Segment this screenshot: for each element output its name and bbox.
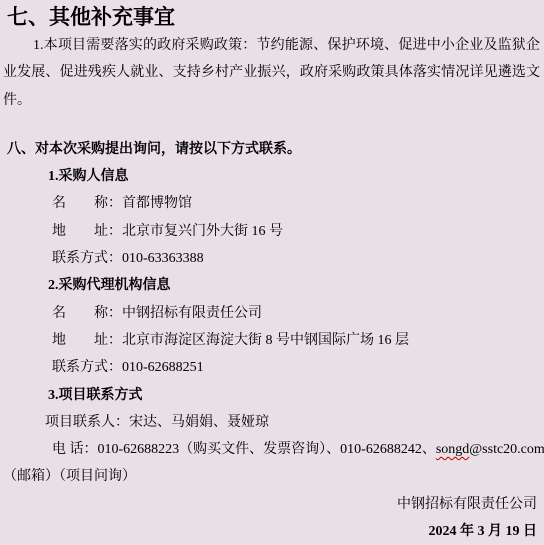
project-contact-persons-label: 项目联系人：: [45, 415, 129, 430]
agency-address-row: 地 址：北京市海淀区海淀大街 8 号中钢国际广场 16 层: [52, 327, 540, 354]
purchaser-contact-label: 联系方式：: [52, 251, 122, 266]
document-page: 七、其他补充事宜 1.本项目需要落实的政府采购政策：节约能源、保护环境、促进中小…: [0, 0, 544, 545]
purchaser-contact-value: 010-63363388: [122, 251, 204, 266]
project-phone-row: 电 话：010-62688223（购买文件、发票咨询）、010-62688242…: [3, 436, 540, 463]
agency-address-label: 地 址：: [52, 333, 122, 348]
signature-company: 中钢招标有限责任公司: [3, 491, 537, 518]
agency-name-value: 中钢招标有限责任公司: [122, 306, 262, 321]
project-contact-heading: 3.项目联系方式: [48, 382, 540, 409]
project-phone-label: 电 话：: [52, 442, 98, 457]
agency-name-label: 名 称：: [52, 306, 122, 321]
project-email-domain: @sstc20.com: [469, 442, 544, 457]
project-contact-persons-value: 宋达、马娟娟、聂娅琼: [129, 415, 269, 430]
agency-name-row: 名 称：中钢招标有限责任公司: [52, 300, 540, 327]
project-phone-continuation: （邮箱）（项目问询）: [3, 463, 540, 490]
agency-contact-value: 010-62688251: [122, 360, 204, 375]
project-contact-persons-row: 项目联系人：宋达、马娟娟、聂娅琼: [45, 409, 540, 436]
purchaser-name-label: 名 称：: [52, 196, 122, 211]
project-phone-numbers: 010-62688223（购买文件、发票咨询）、010-62688242、: [98, 442, 436, 457]
agency-info-heading: 2.采购代理机构信息: [48, 272, 540, 299]
purchaser-contact-row: 联系方式：010-63363388: [52, 245, 540, 272]
section8-heading: 八、对本次采购提出询问，请按以下方式联系。: [7, 136, 540, 163]
section7-policy-paragraph: 1.本项目需要落实的政府采购政策：节约能源、保护环境、促进中小企业及监狱企业发展…: [3, 32, 540, 114]
purchaser-name-row: 名 称：首都博物馆: [52, 190, 540, 217]
section7-heading: 七、其他补充事宜: [7, 3, 540, 32]
signature-date: 2024 年 3 月 19 日: [3, 518, 537, 545]
project-email-user: songd: [436, 442, 469, 457]
purchaser-address-row: 地 址：北京市复兴门外大街 16 号: [52, 218, 540, 245]
purchaser-address-value: 北京市复兴门外大街 16 号: [122, 224, 283, 239]
project-email: songd@sstc20.com: [436, 442, 544, 457]
agency-contact-label: 联系方式：: [52, 360, 122, 375]
purchaser-info-heading: 1.采购人信息: [48, 163, 540, 190]
purchaser-address-label: 地 址：: [52, 224, 122, 239]
agency-contact-row: 联系方式：010-62688251: [52, 354, 540, 381]
purchaser-name-value: 首都博物馆: [122, 196, 192, 211]
agency-address-value: 北京市海淀区海淀大街 8 号中钢国际广场 16 层: [122, 333, 409, 348]
